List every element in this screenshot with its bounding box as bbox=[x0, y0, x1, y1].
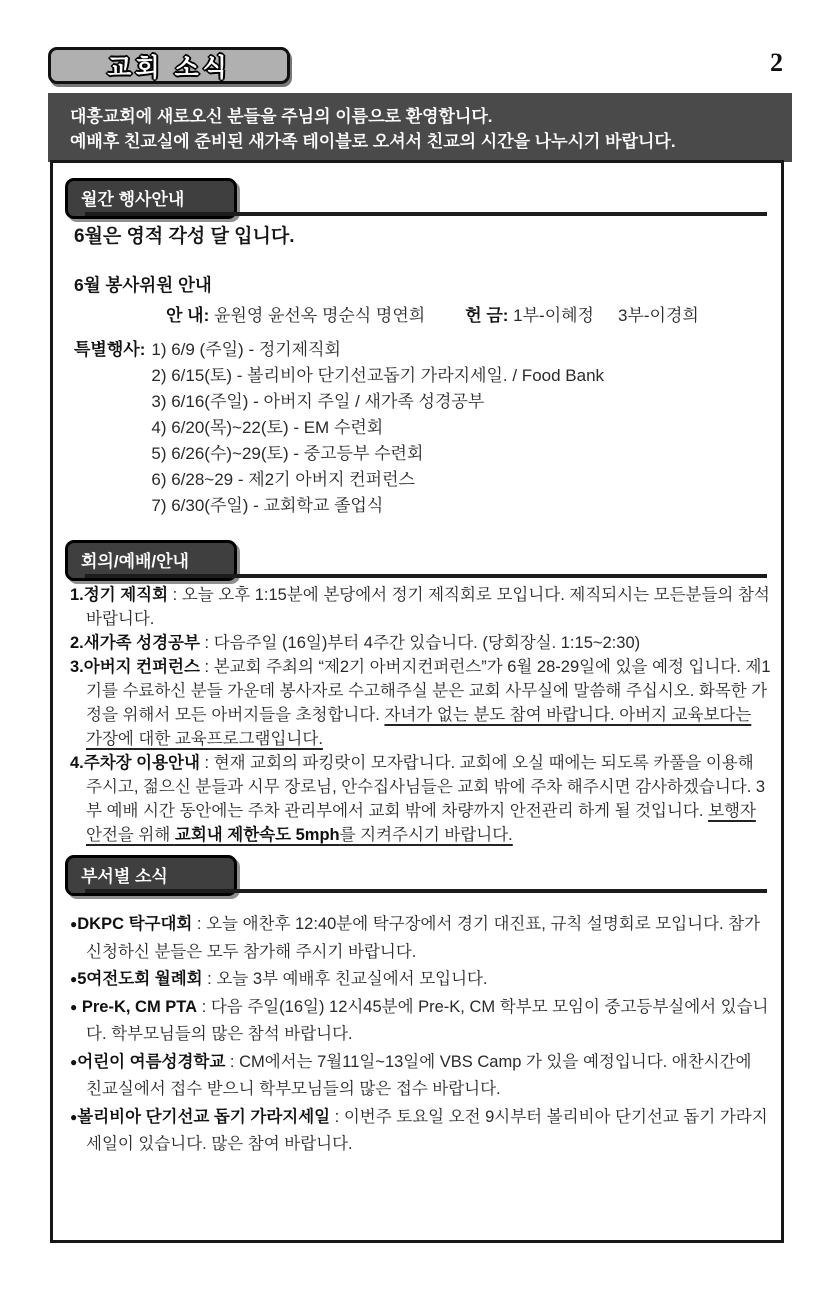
separator: : bbox=[192, 915, 206, 933]
separator: : bbox=[200, 634, 214, 652]
meeting-item-title: 1.정기 제직회 bbox=[70, 586, 168, 604]
separator: : bbox=[197, 998, 211, 1016]
meeting-item: 1.정기 제직회 : 오늘 오후 1:15분에 본당에서 정기 제직회로 모입니… bbox=[70, 583, 771, 631]
bulletin-page: { "page": { "number": "2" }, "header": {… bbox=[0, 0, 835, 1290]
offering-part2: 3부-이경희 bbox=[618, 306, 699, 325]
section-rule-departments bbox=[85, 889, 767, 893]
section-rule-monthly bbox=[85, 212, 767, 216]
content-box: 월간 행사안내 6월은 영적 각성 달 입니다. 6월 봉사위원 안내 안 내:… bbox=[50, 160, 784, 1243]
separator: : bbox=[330, 1108, 344, 1126]
special-event-item: 1) 6/9 (주일) - 정기제직회 bbox=[151, 337, 604, 363]
separator: : bbox=[200, 658, 214, 676]
page-title: 교회 소식 bbox=[48, 47, 290, 84]
department-item-title: 5여전도회 월례회 bbox=[77, 970, 202, 988]
meeting-item-title: 2.새가족 성경공부 bbox=[70, 634, 200, 652]
section-header-meetings-label: 회의/예배/안내 bbox=[81, 552, 189, 571]
section-header-departments-label: 부서별 소식 bbox=[81, 867, 168, 886]
special-events: 특별행사: 1) 6/9 (주일) - 정기제직회 2) 6/15(토) - 볼… bbox=[74, 337, 604, 519]
special-event-item: 7) 6/30(주일) - 교회학교 졸업식 bbox=[151, 493, 604, 519]
welcome-line-2: 예배후 친교실에 준비된 새가족 테이블로 오셔서 친교의 시간을 나누시기 바… bbox=[70, 129, 782, 154]
meeting-item-title: 4.주차장 이용안내 bbox=[70, 754, 200, 772]
department-item: ● Pre-K, CM PTA : 다음 주일(16일) 12시45분에 Pre… bbox=[70, 994, 771, 1049]
meetings-content: 1.정기 제직회 : 오늘 오후 1:15분에 본당에서 정기 제직회로 모입니… bbox=[70, 583, 771, 847]
department-item-body: 오늘 3부 예배후 친교실에서 모입니다. bbox=[216, 970, 487, 988]
meeting-item: 2.새가족 성경공부 : 다음주일 (16일)부터 4주간 있습니다. (당회장… bbox=[70, 631, 771, 655]
department-item-title: DKPC 탁구대회 bbox=[77, 915, 192, 933]
department-item: ●볼리비아 단기선교 돕기 가라지세일 : 이번주 토요일 오전 9시부터 볼리… bbox=[70, 1104, 771, 1159]
monthly-theme: 6월은 영적 각성 달 입니다. bbox=[74, 221, 295, 248]
welcome-banner: 대흥교회에 새로오신 분들을 주님의 이름으로 환영합니다. 예배후 친교실에 … bbox=[48, 93, 792, 162]
committee-row: 안 내: 윤원영 윤선옥 명순식 명연희헌 금: 1부-이혜정3부-이경희 bbox=[166, 301, 699, 326]
section-rule-meetings bbox=[85, 574, 767, 578]
special-event-item: 6) 6/28~29 - 제2기 아버지 컨퍼런스 bbox=[151, 467, 604, 493]
meeting-item: 4.주차장 이용안내 : 현재 교회의 파킹랏이 모자랍니다. 교회에 오실 때… bbox=[70, 751, 771, 847]
separator: : bbox=[203, 970, 217, 988]
department-item: ●DKPC 탁구대회 : 오늘 애찬후 12:40분에 탁구장에서 경기 대진표… bbox=[70, 911, 771, 966]
committee-heading: 6월 봉사위원 안내 bbox=[74, 272, 212, 297]
separator: : bbox=[225, 1053, 239, 1071]
special-event-item: 3) 6/16(주일) - 아버지 주일 / 새가족 성경공부 bbox=[151, 389, 604, 415]
special-event-item: 5) 6/26(수)~29(토) - 중고등부 수련회 bbox=[151, 441, 604, 467]
meeting-item-body: 다음주일 (16일)부터 4주간 있습니다. (당회장실. 1:15~2:30) bbox=[214, 634, 640, 652]
special-event-item: 2) 6/15(토) - 볼리비아 단기선교돕기 가라지세일. / Food B… bbox=[151, 363, 604, 389]
meeting-item: 3.아버지 컨퍼런스 : 본교회 주최의 “제2기 아버지컨퍼런스”가 6월 2… bbox=[70, 655, 771, 751]
welcome-line-1: 대흥교회에 새로오신 분들을 주님의 이름으로 환영합니다. bbox=[70, 104, 782, 129]
special-events-list: 1) 6/9 (주일) - 정기제직회 2) 6/15(토) - 볼리비아 단기… bbox=[151, 337, 604, 519]
separator: : bbox=[168, 586, 182, 604]
page-title-label: 교회 소식 bbox=[107, 48, 231, 84]
department-item-title: 볼리비아 단기선교 돕기 가라지세일 bbox=[77, 1108, 330, 1126]
separator: : bbox=[200, 754, 214, 772]
departments-content: ●DKPC 탁구대회 : 오늘 애찬후 12:40분에 탁구장에서 경기 대진표… bbox=[70, 911, 771, 1159]
department-item-title: Pre-K, CM PTA bbox=[82, 998, 197, 1016]
underlined-post: 를 지켜주시기 바랍니다. bbox=[340, 826, 513, 844]
meeting-item-title: 3.아버지 컨퍼런스 bbox=[70, 658, 200, 676]
usher-names: 윤원영 윤선옥 명순식 명연희 bbox=[214, 306, 425, 325]
usher-label: 안 내: bbox=[166, 306, 209, 325]
special-event-item: 4) 6/20(목)~22(토) - EM 수련회 bbox=[151, 415, 604, 441]
special-events-label: 특별행사: bbox=[74, 337, 145, 363]
section-header-monthly-events-label: 월간 행사안내 bbox=[81, 190, 184, 209]
bullet-icon: ● bbox=[70, 1000, 77, 1014]
offering-part1: 1부-이혜정 bbox=[513, 306, 594, 325]
department-item-title: 어린이 여름성경학교 bbox=[77, 1053, 225, 1071]
page-number: 2 bbox=[770, 48, 783, 78]
offering-label: 헌 금: bbox=[465, 306, 508, 325]
department-item: ●5여전도회 월례회 : 오늘 3부 예배후 친교실에서 모입니다. bbox=[70, 966, 771, 994]
underlined-bold: 교회내 제한속도 5mph bbox=[175, 826, 340, 844]
meeting-item-body: 오늘 오후 1:15분에 본당에서 정기 제직회로 모입니다. 제직되시는 모든… bbox=[86, 586, 770, 628]
department-item: ●어린이 여름성경학교 : CM에서는 7월11일~13일에 VBS Camp … bbox=[70, 1049, 771, 1104]
